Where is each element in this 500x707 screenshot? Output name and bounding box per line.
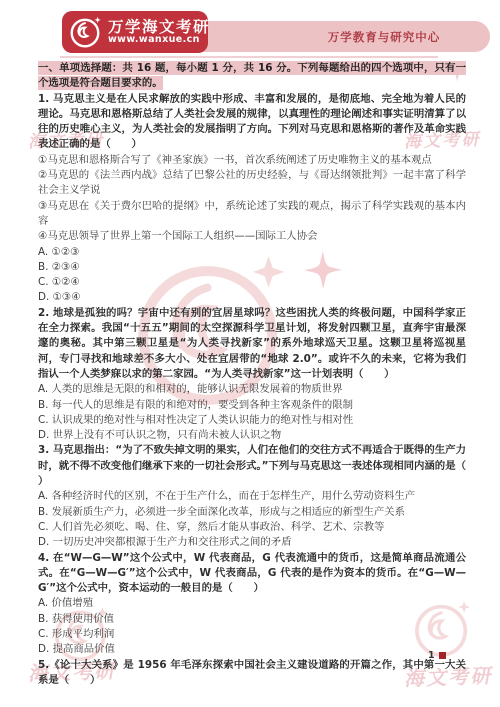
section-title-text: 一、单项选择题：共 16 题，每小题 1 分，共 16 分。下列每题给出的四个选… <box>38 61 466 90</box>
answer-option: A. 各种经济时代的区别，不在于生产什么，而在于怎样生产，用什么劳动资料生产 <box>38 489 466 504</box>
answer-option: C. 认识成果的绝对性与相对性决定了人类认识能力的绝对性与相对性 <box>38 413 466 428</box>
answer-option: D. 世界上没有不可认识之物，只有尚未被人认识之物 <box>38 428 466 443</box>
question-stem: 2. 地球是孤独的吗？宇宙中还有别的宜居星球吗？这些困扰人类的终极问题，中国科学… <box>38 306 466 382</box>
question-stem: 5.《论十大关系》是 1956 年毛泽东探索中国社会主义建设道路的开篇之作，其中… <box>38 658 466 689</box>
answer-option: B. 每一代人的思维是有限的和绝对的，要受到各种主客观条件的限制 <box>38 398 466 413</box>
question-1: 1. 马克思主义是在人民求解放的实践中形成、丰富和发展的，是彻底地、完全地为着人… <box>38 92 466 306</box>
answer-option: B. 发展新质生产力，必须进一步全面深化改革，形成与之相适应的新型生产关系 <box>38 505 466 520</box>
questions: 1. 马克思主义是在人民求解放的实践中形成、丰富和发展的，是彻底地、完全地为着人… <box>38 92 466 689</box>
answer-option: B. ②③④ <box>38 260 466 275</box>
question-stem: 4. 在“W—G—W”这个公式中，W 代表商品，G 代表流通中的货币，这是简单商… <box>38 551 466 597</box>
logo-text-block: 万学海文考研 www.wanxue.cn <box>108 19 210 45</box>
page-number: 1 <box>428 650 446 661</box>
answer-option: B. 获得使用价值 <box>38 612 466 627</box>
section-title: 一、单项选择题：共 16 题，每小题 1 分，共 16 分。下列每题给出的四个选… <box>38 61 466 92</box>
question-item: ③马克思在《关于费尔巴哈的提纲》中，系统论述了实践的观点，揭示了科学实践观的基本… <box>38 199 466 230</box>
page-number-marker-icon <box>439 652 446 659</box>
question-item: ④马克思领导了世界上第一个国际工人组织——国际工人协会 <box>38 229 466 244</box>
question-5: 5.《论十大关系》是 1956 年毛泽东探索中国社会主义建设道路的开篇之作，其中… <box>38 658 466 689</box>
question-stem: 3. 马克思指出：“为了不致失掉文明的果实，人们在他们的交往方式不再适合于既得的… <box>38 443 466 489</box>
exam-page: 一、单项选择题：共 16 题，每小题 1 分，共 16 分。下列每题给出的四个选… <box>38 61 466 688</box>
answer-option: D. 提高商品价值 <box>38 642 466 657</box>
answer-option: D. 一切历史冲突都根源于生产力和交往形式之间的矛盾 <box>38 535 466 550</box>
swan-emblem-icon <box>69 15 103 49</box>
logo-url: www.wanxue.cn <box>108 35 210 45</box>
answer-option: C. 人们首先必须吃、喝、住、穿，然后才能从事政治、科学、艺术、宗教等 <box>38 520 466 535</box>
question-item: ①马克思和恩格斯合写了《神圣家族》一书，首次系统阐述了历史唯物主义的基本观点 <box>38 153 466 168</box>
question-3: 3. 马克思指出：“为了不致失掉文明的果实，人们在他们的交往方式不再适合于既得的… <box>38 443 466 550</box>
answer-option: C. 形成平均利润 <box>38 627 466 642</box>
question-stem: 1. 马克思主义是在人民求解放的实践中形成、丰富和发展的，是彻底地、完全地为着人… <box>38 92 466 153</box>
answer-option: C. ①②④ <box>38 275 466 290</box>
answer-option: A. 人类的思维是无限的和相对的，能够认识无限发展着的物质世界 <box>38 382 466 397</box>
header-divider <box>60 56 438 58</box>
answer-option: A. 价值增殖 <box>38 596 466 611</box>
question-2: 2. 地球是孤独的吗？宇宙中还有别的宜居星球吗？这些困扰人类的终极问题，中国科学… <box>38 306 466 444</box>
answer-option: A. ①②③ <box>38 245 466 260</box>
page-number-value: 1 <box>428 650 435 661</box>
question-4: 4. 在“W—G—W”这个公式中，W 代表商品，G 代表流通中的货币，这是简单商… <box>38 551 466 658</box>
logo-title: 万学海文考研 <box>108 19 210 35</box>
answer-option: D. ①③④ <box>38 290 466 305</box>
banner-title: 万学教育与研究中心 <box>278 21 490 52</box>
question-item: ②马克思的《法兰西内战》总结了巴黎公社的历史经验，与《哥达纲领批判》一起丰富了科… <box>38 168 466 199</box>
brand-logo: 万学海文考研 www.wanxue.cn <box>62 11 208 53</box>
